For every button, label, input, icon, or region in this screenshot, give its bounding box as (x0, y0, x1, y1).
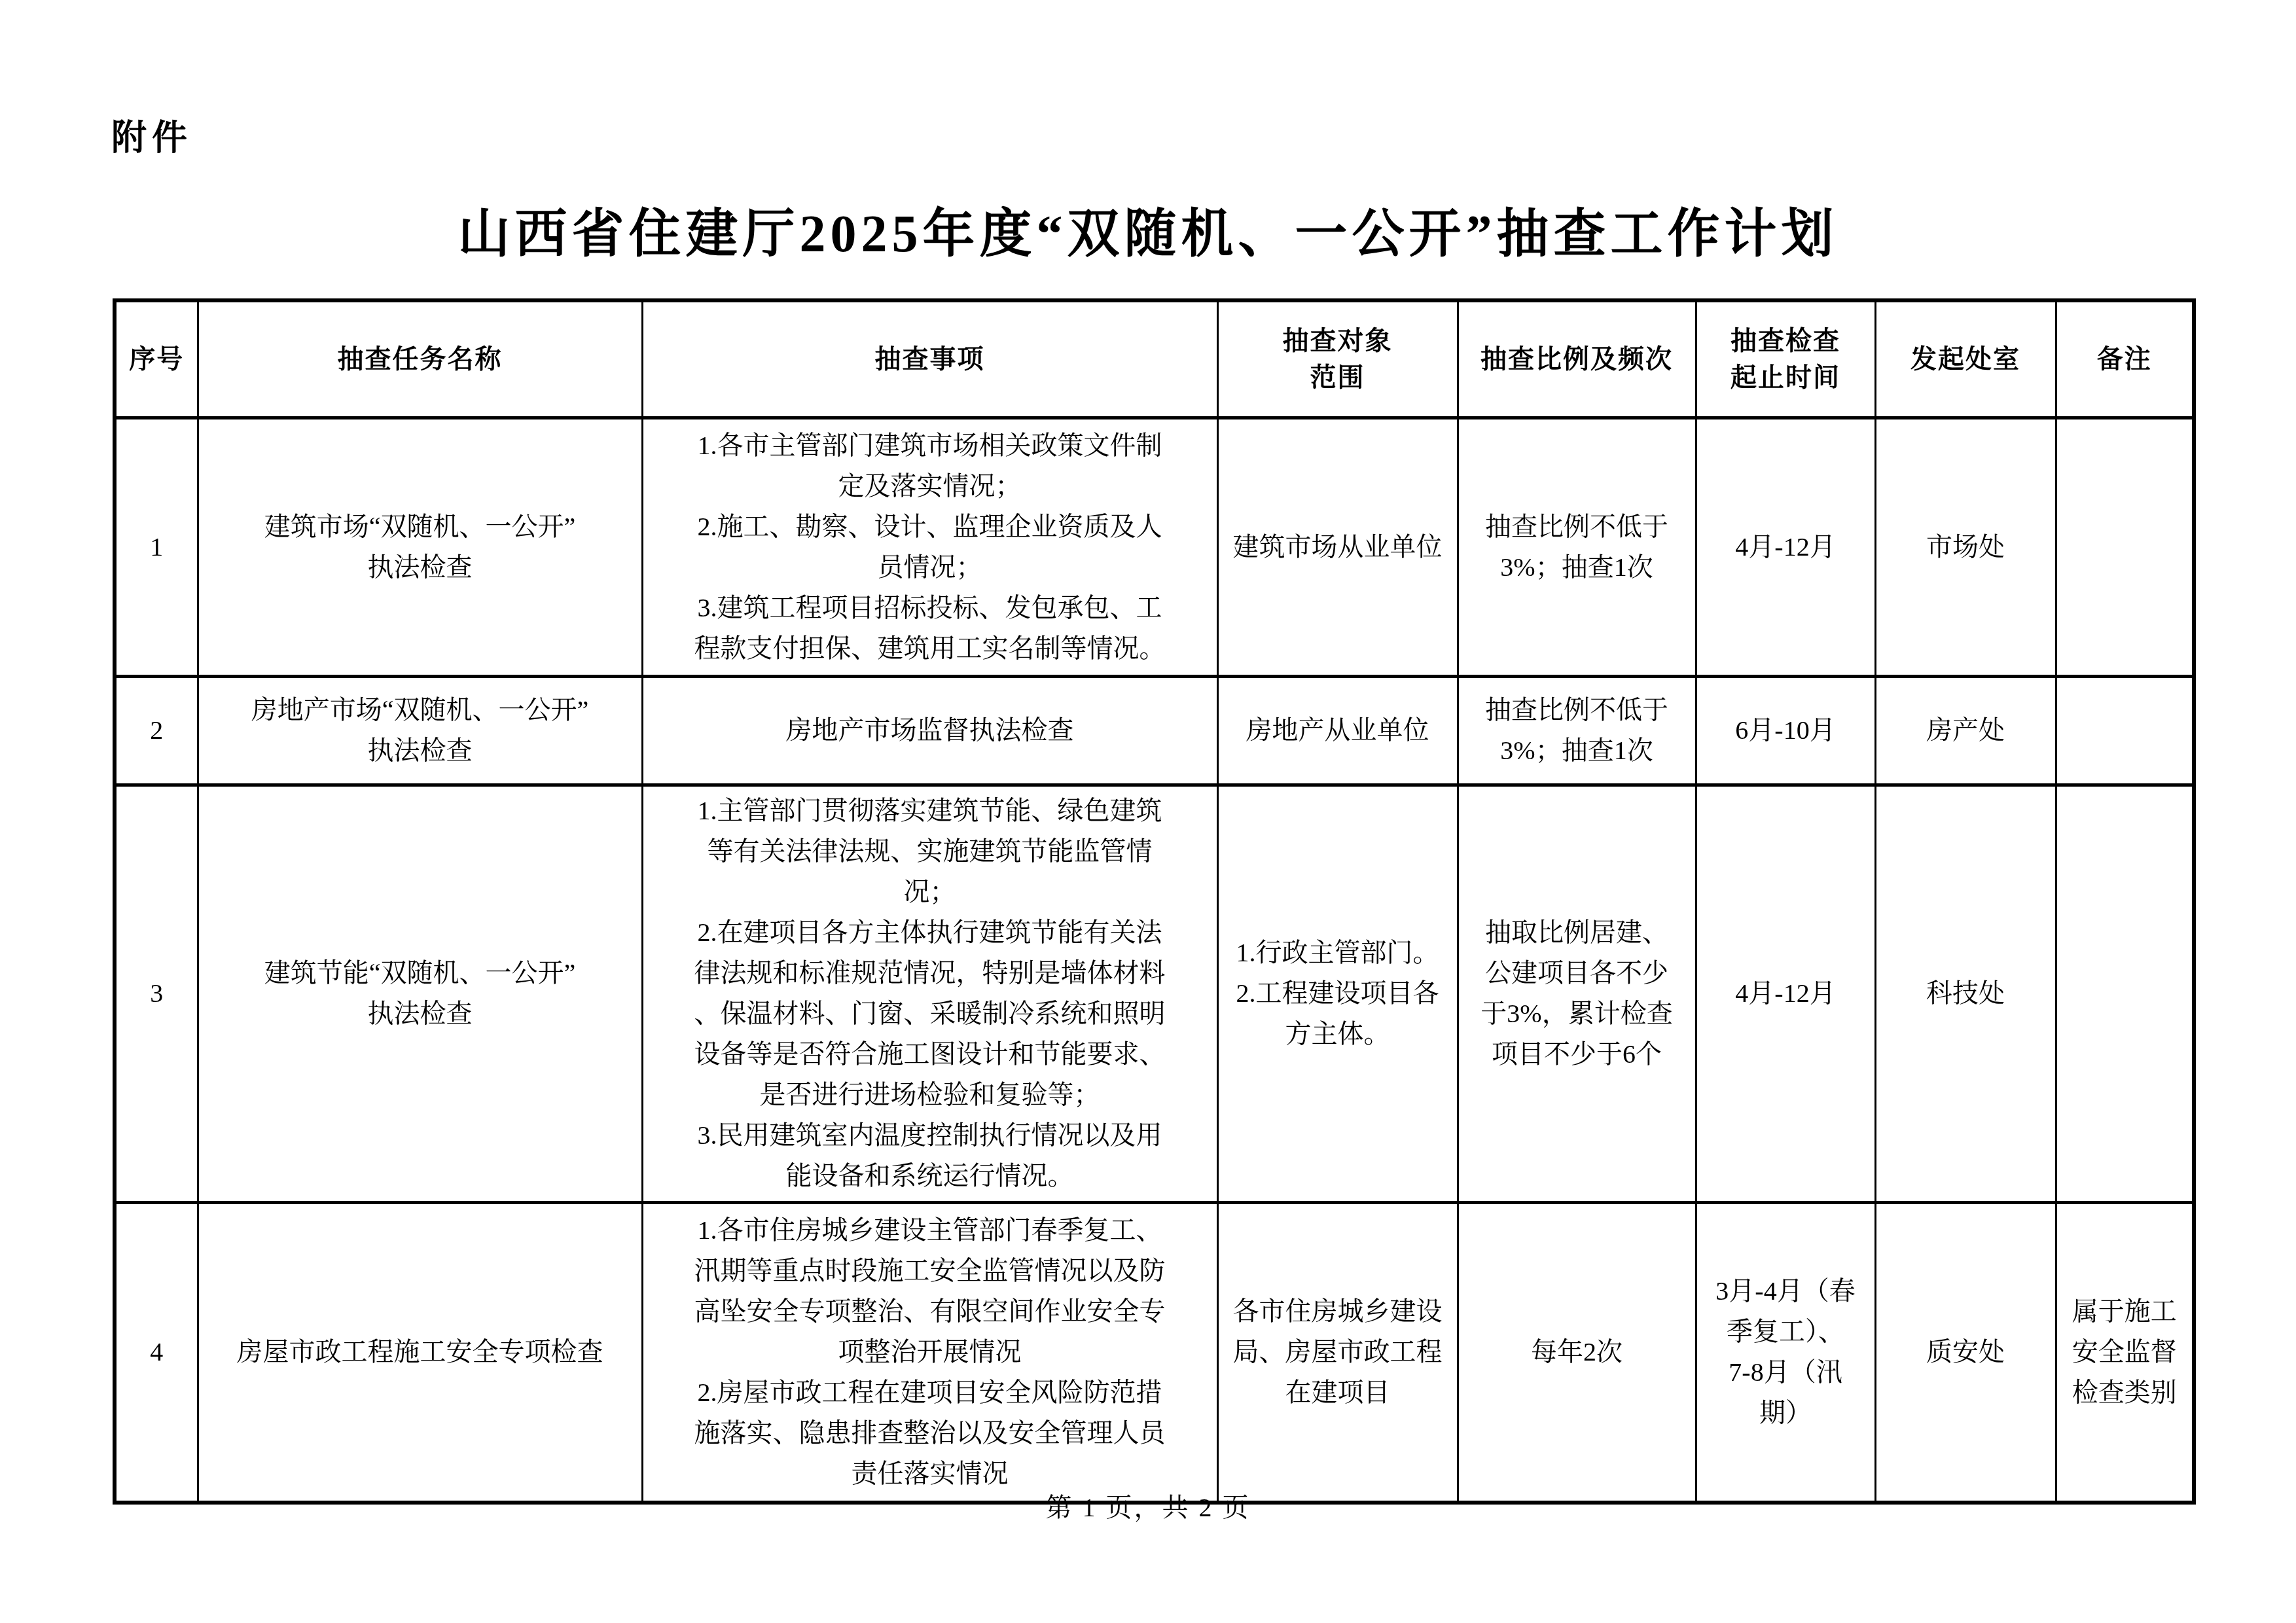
cell-task: 建筑市场“双随机、一公开” 执法检查 (198, 418, 642, 676)
inspection-item-text: 房地产市场监督执法检查 (650, 710, 1210, 751)
column-header-ratio: 抽查比例及频次 (1458, 300, 1696, 418)
cell-office: 房产处 (1875, 676, 2056, 785)
inspection-item-text: 2.在建项目各方主体执行建筑节能有关法 律法规和标准规范情况，特别是墙体材料 、… (650, 912, 1210, 1115)
cell-index: 1 (115, 418, 198, 676)
cell-time: 4月-12月 (1696, 785, 1875, 1202)
page-footer: 第 1 页，共 2 页 (0, 1487, 2296, 1524)
column-header-remark: 备注 (2056, 300, 2194, 418)
cell-task: 房地产市场“双随机、一公开” 执法检查 (198, 676, 642, 785)
table-row: 3建筑节能“双随机、一公开” 执法检查1.主管部门贯彻落实建筑节能、绿色建筑 等… (115, 785, 2194, 1202)
document-page: 附件 山西省住建厅2025年度“双随机、一公开”抽查工作计划 序号抽查任务名称抽… (0, 0, 2296, 1623)
inspection-item-text: 1.各市住房城乡建设主管部门春季复工、 汛期等重点时段施工安全监管情况以及防 高… (650, 1210, 1210, 1372)
cell-ratio: 抽查比例不低于 3%；抽查1次 (1458, 418, 1696, 676)
cell-index: 3 (115, 785, 198, 1202)
cell-items: 1.各市主管部门建筑市场相关政策文件制 定及落实情况；2.施工、勘察、设计、监理… (642, 418, 1217, 676)
cell-time: 6月-10月 (1696, 676, 1875, 785)
cell-items: 1.主管部门贯彻落实建筑节能、绿色建筑 等有关法律法规、实施建筑节能监管情 况；… (642, 785, 1217, 1202)
column-header-office: 发起处室 (1875, 300, 2056, 418)
cell-scope: 房地产从业单位 (1217, 676, 1458, 785)
cell-scope: 各市住房城乡建设 局、房屋市政工程 在建项目 (1217, 1202, 1458, 1503)
inspection-item-text: 3.民用建筑室内温度控制执行情况以及用 能设备和系统运行情况。 (650, 1115, 1210, 1196)
column-header-index: 序号 (115, 300, 198, 418)
column-header-scope: 抽查对象 范围 (1217, 300, 1458, 418)
cell-time: 4月-12月 (1696, 418, 1875, 676)
table-row: 4房屋市政工程施工安全专项检查1.各市住房城乡建设主管部门春季复工、 汛期等重点… (115, 1202, 2194, 1503)
cell-task: 建筑节能“双随机、一公开” 执法检查 (198, 785, 642, 1202)
cell-index: 4 (115, 1202, 198, 1503)
attachment-label: 附件 (111, 110, 192, 160)
cell-ratio: 抽取比例居建、 公建项目各不少 于3%，累计检查 项目不少于6个 (1458, 785, 1696, 1202)
cell-items: 1.各市住房城乡建设主管部门春季复工、 汛期等重点时段施工安全监管情况以及防 高… (642, 1202, 1217, 1503)
page-title: 山西省住建厅2025年度“双随机、一公开”抽查工作计划 (0, 191, 2296, 266)
column-header-task: 抽查任务名称 (198, 300, 642, 418)
cell-time: 3月-4月（春 季复工）、 7-8月（汛 期） (1696, 1202, 1875, 1503)
cell-task: 房屋市政工程施工安全专项检查 (198, 1202, 642, 1503)
cell-scope: 1.行政主管部门。 2.工程建设项目各 方主体。 (1217, 785, 1458, 1202)
cell-remark (2056, 676, 2194, 785)
cell-remark (2056, 785, 2194, 1202)
table-row: 2房地产市场“双随机、一公开” 执法检查房地产市场监督执法检查房地产从业单位抽查… (115, 676, 2194, 785)
table-header-row: 序号抽查任务名称抽查事项抽查对象 范围抽查比例及频次抽查检查 起止时间发起处室备… (115, 300, 2194, 418)
inspection-item-text: 2.房屋市政工程在建项目安全风险防范措 施落实、隐患排查整治以及安全管理人员 责… (650, 1372, 1210, 1494)
cell-remark: 属于施工 安全监督 检查类别 (2056, 1202, 2194, 1503)
inspection-item-text: 1.各市主管部门建筑市场相关政策文件制 定及落实情况； (650, 425, 1210, 507)
cell-office: 质安处 (1875, 1202, 2056, 1503)
table-row: 1建筑市场“双随机、一公开” 执法检查1.各市主管部门建筑市场相关政策文件制 定… (115, 418, 2194, 676)
inspection-item-text: 3.建筑工程项目招标投标、发包承包、工 程款支付担保、建筑用工实名制等情况。 (650, 588, 1210, 669)
inspection-plan-table: 序号抽查任务名称抽查事项抽查对象 范围抽查比例及频次抽查检查 起止时间发起处室备… (113, 298, 2196, 1505)
cell-items: 房地产市场监督执法检查 (642, 676, 1217, 785)
cell-ratio: 每年2次 (1458, 1202, 1696, 1503)
column-header-items: 抽查事项 (642, 300, 1217, 418)
cell-office: 市场处 (1875, 418, 2056, 676)
cell-index: 2 (115, 676, 198, 785)
cell-remark (2056, 418, 2194, 676)
cell-ratio: 抽查比例不低于 3%；抽查1次 (1458, 676, 1696, 785)
cell-office: 科技处 (1875, 785, 2056, 1202)
inspection-item-text: 1.主管部门贯彻落实建筑节能、绿色建筑 等有关法律法规、实施建筑节能监管情 况； (650, 791, 1210, 912)
cell-scope: 建筑市场从业单位 (1217, 418, 1458, 676)
inspection-item-text: 2.施工、勘察、设计、监理企业资质及人 员情况； (650, 507, 1210, 588)
column-header-time: 抽查检查 起止时间 (1696, 300, 1875, 418)
